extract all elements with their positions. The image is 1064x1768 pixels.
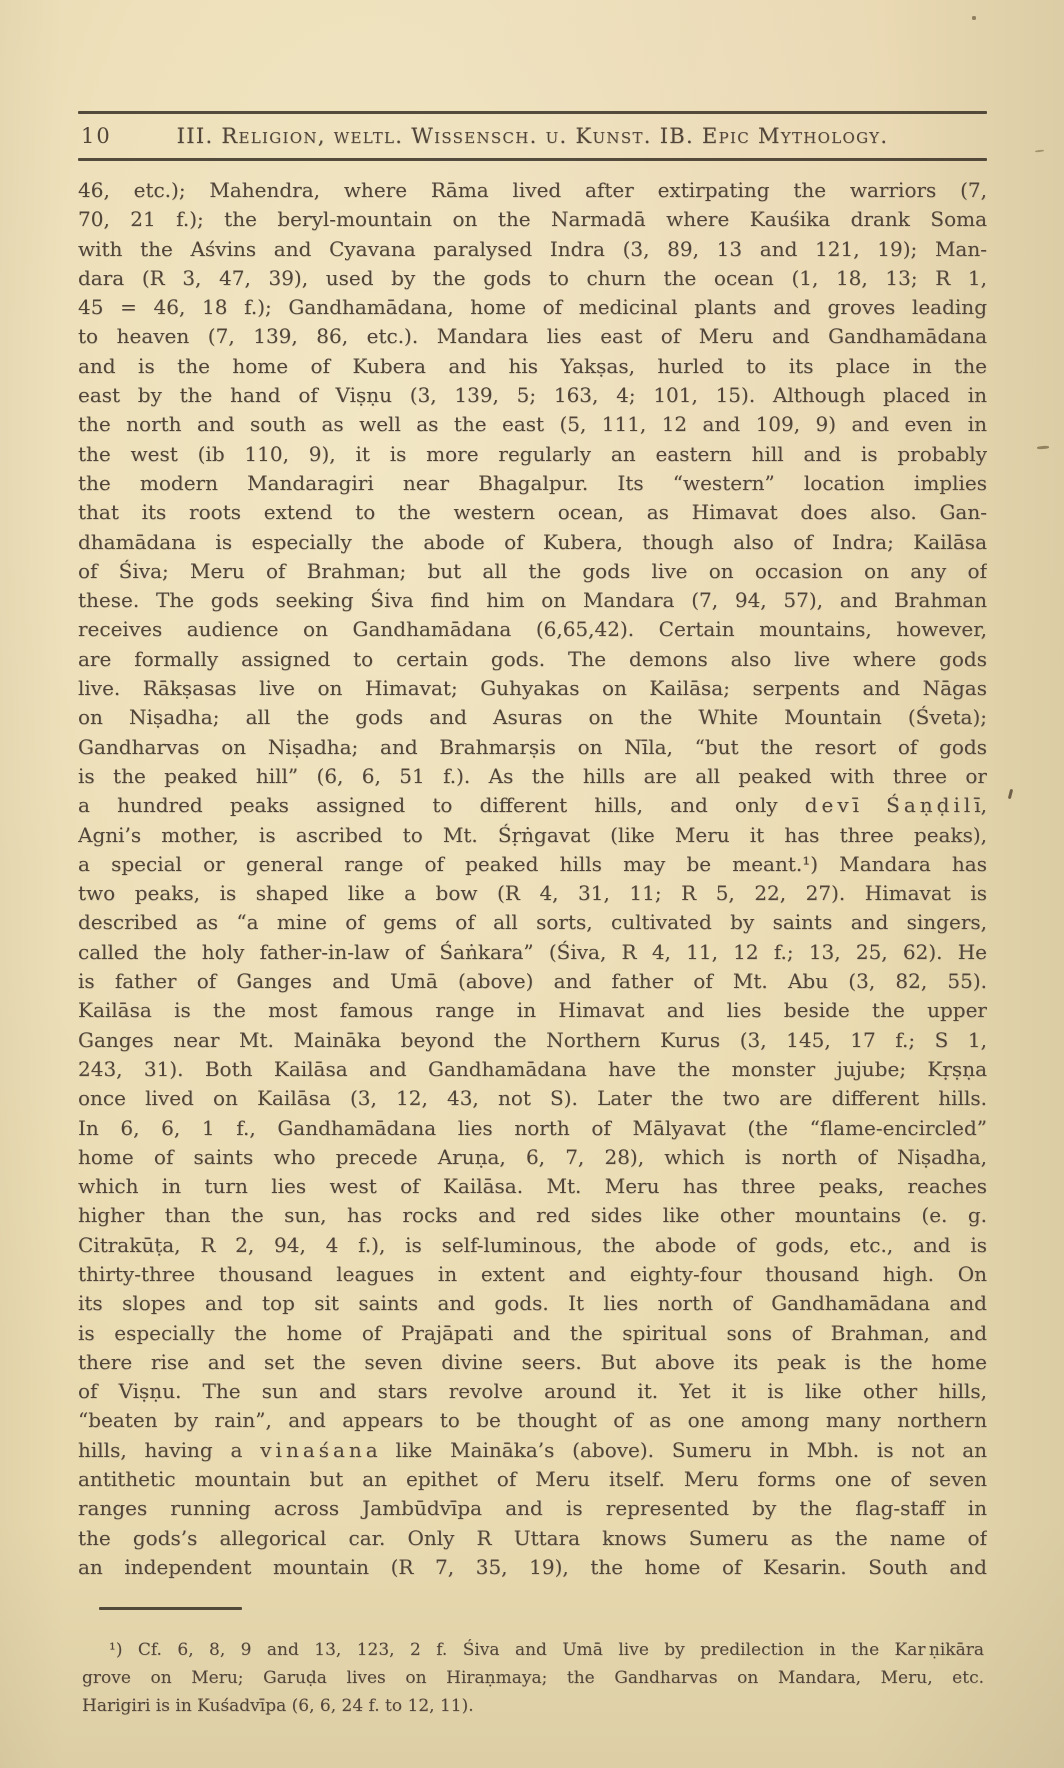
body-line-44: hills, having a v i n a ś a n a like Mai… [78,1436,987,1465]
body-line-35: which in turn lies west of Kailāsa. Mt. … [78,1172,987,1201]
body-line-43: “beaten by rain”, and appears to be thou… [78,1406,987,1435]
body-line-40: is especially the home of Prajāpati and … [78,1319,987,1348]
body-line-39: its slopes and top sit saints and gods. … [78,1289,987,1318]
body-line-41: there rise and set the seven divine seer… [78,1348,987,1377]
body-line-21: is the peaked hill” (6, 6, 51 f.). As th… [78,762,987,791]
body-line-26: described as “a mine of gems of all sort… [78,908,987,937]
body-line-19: on Niṣadha; all the gods and Asuras on t… [78,703,987,732]
body-line-32: once lived on Kailāsa (3, 12, 43, not S)… [78,1084,987,1113]
body-line-10: the west (ib 110, 9), it is more regular… [78,440,987,469]
body-line-46: ranges running across Jambūdvīpa and is … [78,1494,987,1523]
body-line-4: dara (R 3, 47, 39), used by the gods to … [78,264,987,293]
running-header: 10 III. Religion, weltl. Wissensch. u. K… [78,115,987,157]
body-line-18: live. Rākṣasas live on Himavat; Guhyakas… [78,674,987,703]
header-title: III. Religion, weltl. Wissensch. u. Kuns… [78,115,987,157]
body-line-17: are formally assigned to certain gods. T… [78,645,987,674]
scan-speck-quote [1008,789,1013,799]
footnote: ¹) Cf. 6, 8, 9 and 13, 123, 2 f. Śiva an… [82,1636,984,1720]
body-line-8: east by the hand of Viṣṇu (3, 139, 5; 16… [78,381,987,410]
body-line-45: antithetic mountain but an epithet of Me… [78,1465,987,1494]
body-line-20: Gandharvas on Niṣadha; and Brahmarṣis on… [78,733,987,762]
scan-speck-dash-mid [1037,446,1049,449]
scan-speck-dash-top [1035,150,1044,153]
footnote-line-2: grove on Meru; Garuḍa lives on Hiraṇmaya… [82,1664,984,1692]
body-line-37: Citrakūṭa, R 2, 94, 4 f.), is self-lumin… [78,1231,987,1260]
body-line-2: 70, 21 f.); the beryl-mountain on the Na… [78,205,987,234]
body-line-9: the north and south as well as the east … [78,410,987,439]
body-line-5: 45 = 46, 18 f.); Gandhamādana, home of m… [78,293,987,322]
body-line-15: these. The gods seeking Śiva find him on… [78,586,987,615]
body-line-34: home of saints who precede Aruṇa, 6, 7, … [78,1143,987,1172]
body-line-22: a hundred peaks assigned to different hi… [78,791,987,820]
book-page: 10 III. Religion, weltl. Wissensch. u. K… [0,0,1064,1768]
body-line-24: a special or general range of peaked hil… [78,850,987,879]
footnote-line-3: Harigiri is in Kuśadvīpa (6, 6, 24 f. to… [82,1692,984,1720]
header-rule-bottom [78,158,987,161]
body-line-7: and is the home of Kubera and his Yakṣas… [78,352,987,381]
body-line-31: 243, 31). Both Kailāsa and Gandhamādana … [78,1055,987,1084]
body-line-23: Agni’s mother, is ascribed to Mt. Śṛṅgav… [78,821,987,850]
body-line-27: called the holy father-in-law of Śaṅkara… [78,938,987,967]
body-line-29: Kailāsa is the most famous range in Hima… [78,996,987,1025]
body-line-47: the gods’s allegorical car. Only R Uttar… [78,1524,987,1553]
body-line-30: Ganges near Mt. Maināka beyond the North… [78,1026,987,1055]
body-line-25: two peaks, is shaped like a bow (R 4, 31… [78,879,987,908]
body-line-13: dhamādana is especially the abode of Kub… [78,528,987,557]
body-line-33: In 6, 6, 1 f., Gandhamādana lies north o… [78,1114,987,1143]
body-line-1: 46, etc.); Mahendra, where Rāma lived af… [78,176,987,205]
body-line-48: an independent mountain (R 7, 35, 19), t… [78,1553,987,1582]
body-line-16: receives audience on Gandhamādana (6,65,… [78,615,987,644]
body-line-28: is father of Ganges and Umā (above) and … [78,967,987,996]
footnote-line-1: ¹) Cf. 6, 8, 9 and 13, 123, 2 f. Śiva an… [82,1636,984,1664]
body-line-14: of Śiva; Meru of Brahman; but all the go… [78,557,987,586]
body-line-36: higher than the sun, has rocks and red s… [78,1201,987,1230]
footnote-separator [99,1607,242,1610]
scan-speck-dot [972,16,976,20]
body-line-38: thirty-three thousand leagues in extent … [78,1260,987,1289]
header-rule-top [78,111,987,114]
body-line-3: with the Aśvins and Cyavana paralysed In… [78,235,987,264]
body-text: 46, etc.); Mahendra, where Rāma lived af… [78,176,987,1582]
body-line-12: that its roots extend to the western oce… [78,498,987,527]
body-line-6: to heaven (7, 139, 86, etc.). Mandara li… [78,322,987,351]
body-line-42: of Viṣṇu. The sun and stars revolve arou… [78,1377,987,1406]
body-line-11: the modern Mandaragiri near Bhagalpur. I… [78,469,987,498]
